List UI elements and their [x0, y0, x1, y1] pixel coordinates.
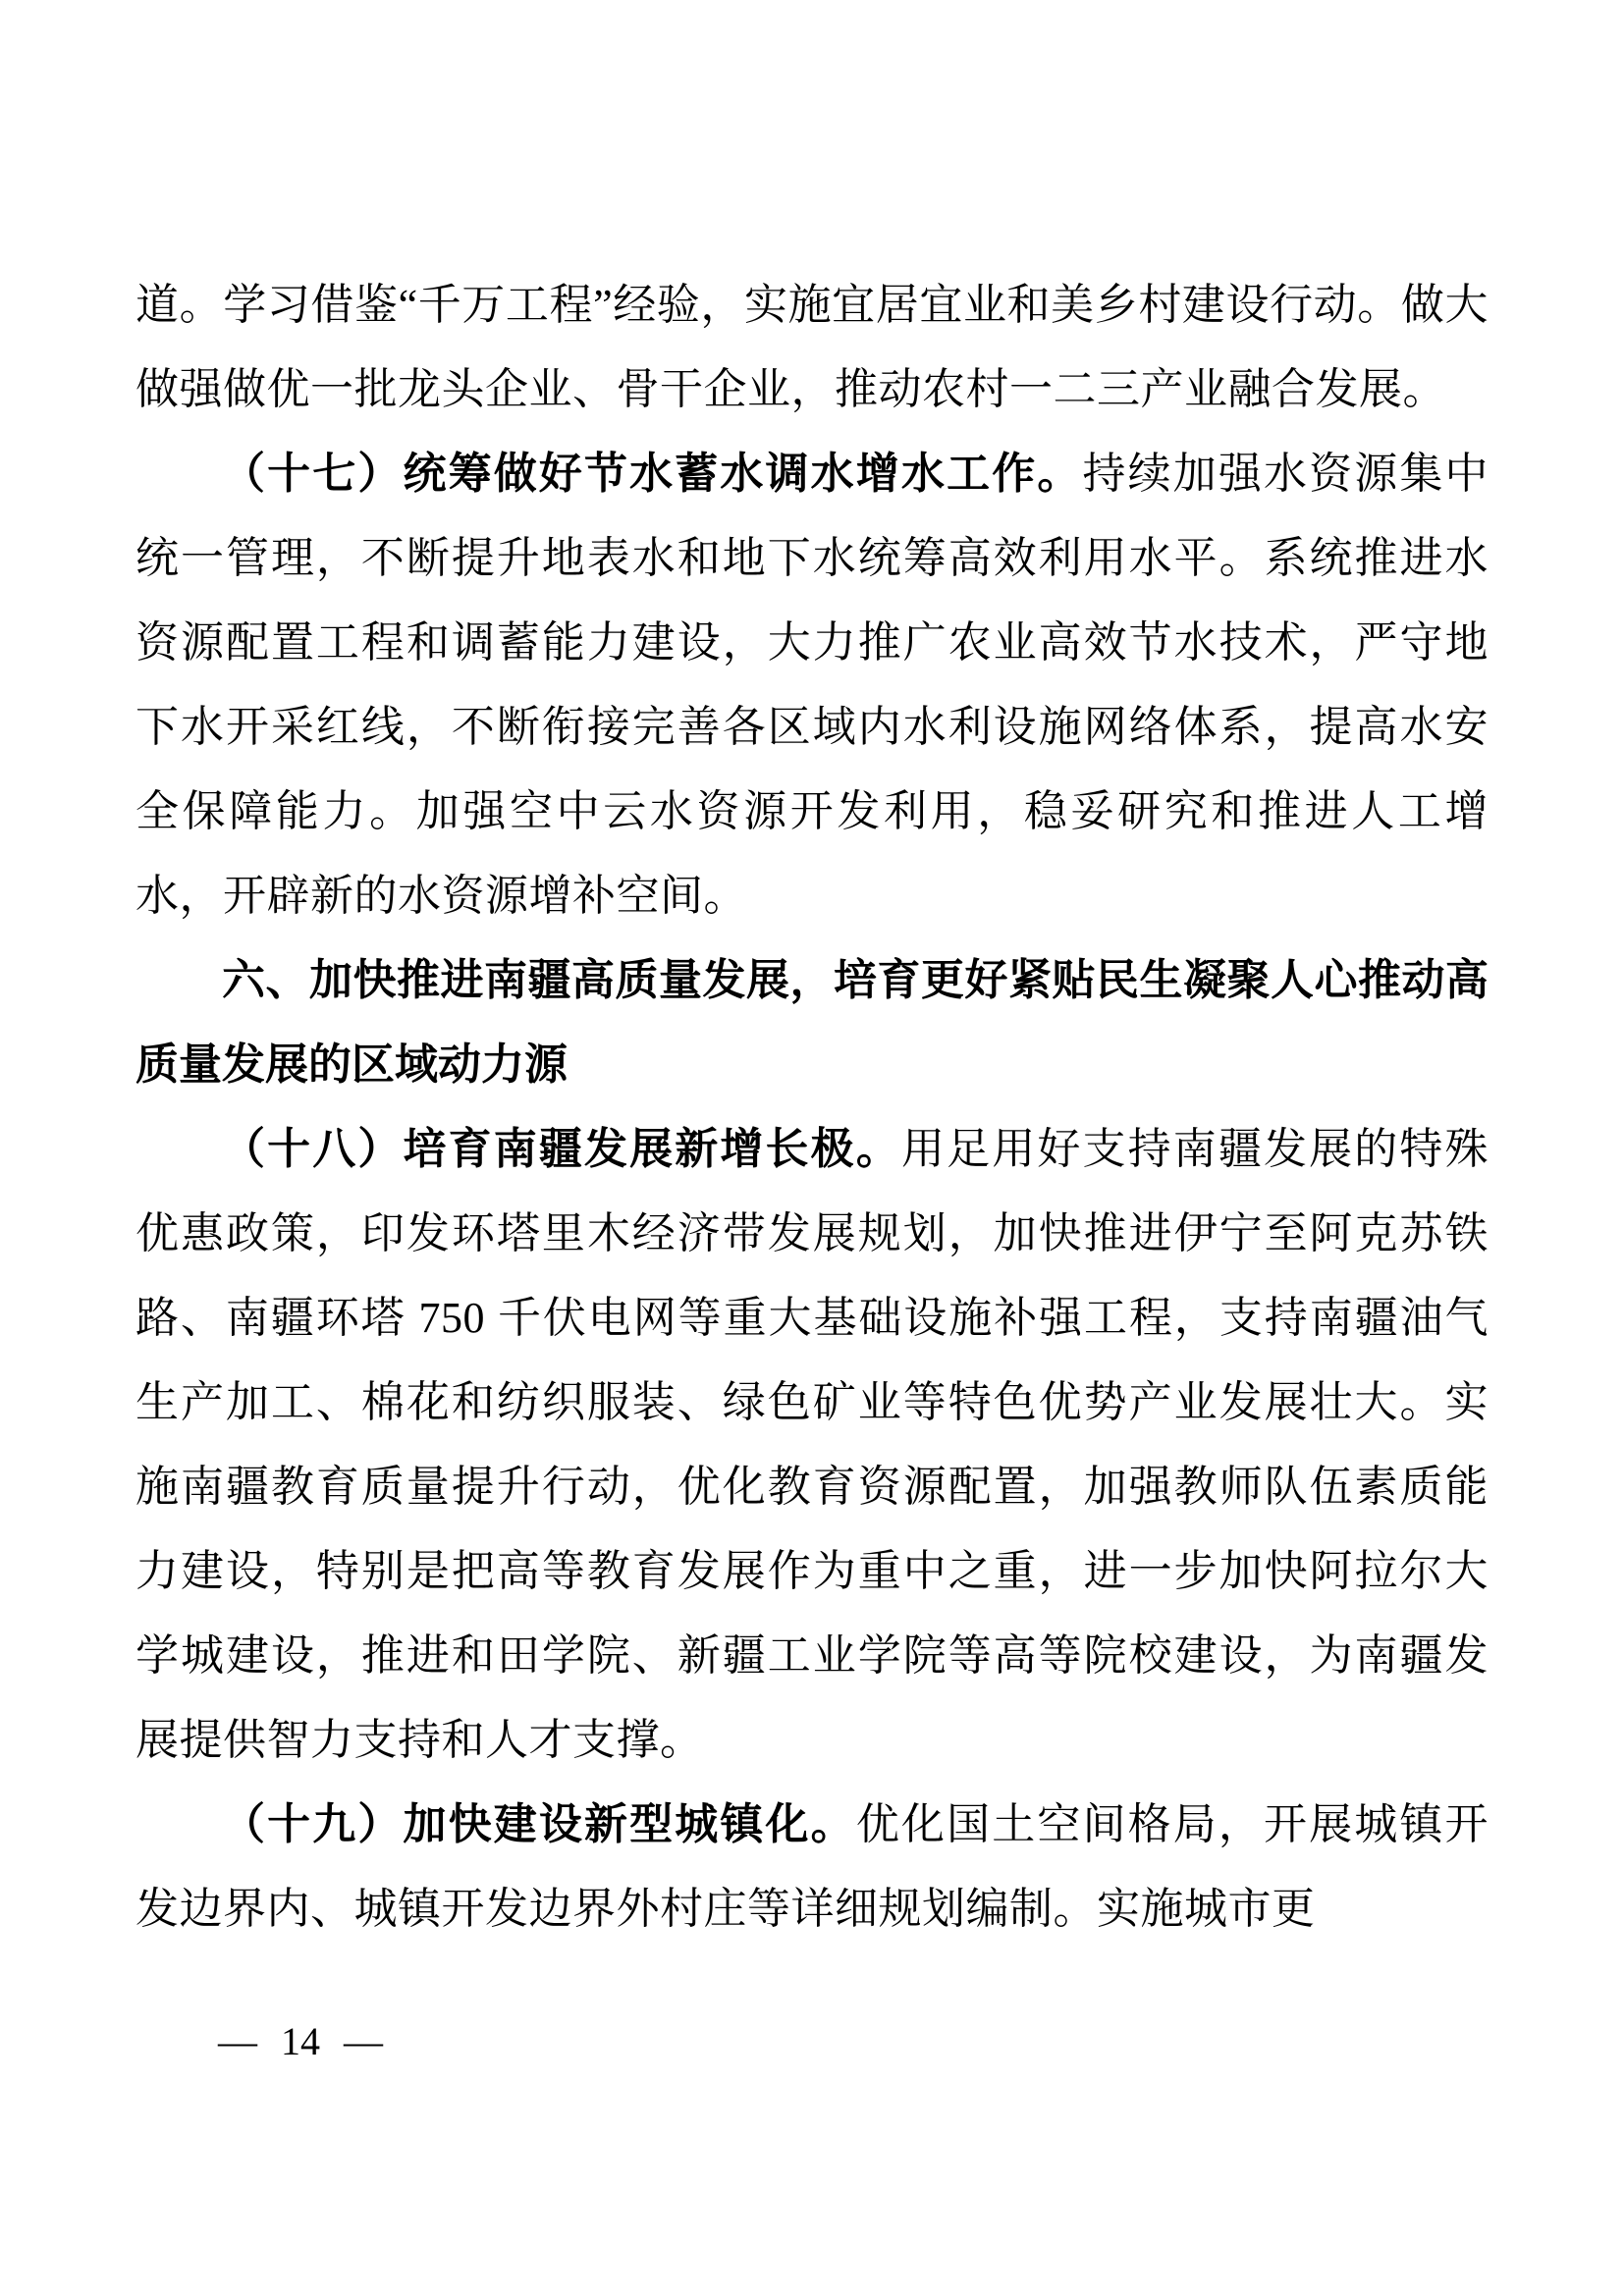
- paragraph-text: 持续加强水资源集中统一管理，不断提升地表水和地下水统筹高效利用水平。系统推进水资…: [135, 450, 1489, 920]
- paragraph-text: 道。学习借鉴“千万工程”经验，实施宜居宜业和美乡村建设行动。做大做强做优一批龙头…: [135, 281, 1489, 413]
- paragraph-lead: （十八）培育南疆发展新增长极。: [222, 1125, 901, 1173]
- paragraph-lead: （十九）加快建设新型城镇化。: [222, 1800, 856, 1848]
- paragraph-item-19: （十九）加快建设新型城镇化。优化国土空间格局，开展城镇开发边界内、城镇开发边界外…: [135, 1783, 1489, 1951]
- paragraph-lead: （十七）统筹做好节水蓄水调水增水工作。: [222, 450, 1082, 498]
- document-body: 道。学习借鉴“千万工程”经验，实施宜居宜业和美乡村建设行动。做大做强做优一批龙头…: [135, 263, 1489, 1951]
- page-number: — 14 —: [218, 2018, 383, 2065]
- section-heading-6: 六、加快推进南疆高质量发展，培育更好紧贴民生凝聚人心推动高质量发展的区域动力源: [135, 938, 1489, 1107]
- document-page: 道。学习借鉴“千万工程”经验，实施宜居宜业和美乡村建设行动。做大做强做优一批龙头…: [0, 0, 1624, 2296]
- paragraph-item-18: （十八）培育南疆发展新增长极。用足用好支持南疆发展的特殊优惠政策，印发环塔里木经…: [135, 1107, 1489, 1783]
- paragraph-item-17: （十七）统筹做好节水蓄水调水增水工作。持续加强水资源集中统一管理，不断提升地表水…: [135, 432, 1489, 938]
- heading-text: 六、加快推进南疆高质量发展，培育更好紧贴民生凝聚人心推动高质量发展的区域动力源: [135, 956, 1489, 1089]
- paragraph-text: 用足用好支持南疆发展的特殊优惠政策，印发环塔里木经济带发展规划，加快推进伊宁至阿…: [135, 1125, 1489, 1764]
- paragraph-continuation: 道。学习借鉴“千万工程”经验，实施宜居宜业和美乡村建设行动。做大做强做优一批龙头…: [135, 263, 1489, 432]
